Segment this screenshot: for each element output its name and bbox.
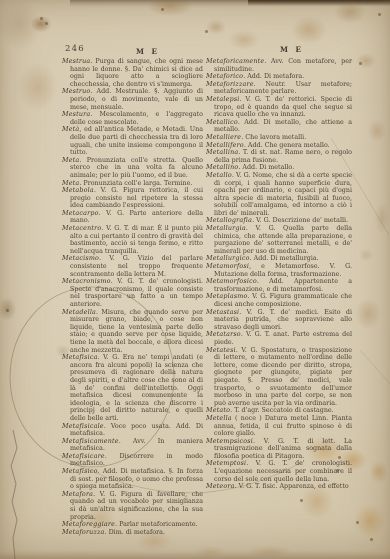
entry-headword: Metallurgia: [206, 225, 246, 232]
entry-headword: Metadella: [62, 309, 96, 316]
running-head-right: M E: [280, 45, 303, 54]
entry-definition: . V. G. T. fisic. Apparenza, ed effetto: [235, 483, 349, 490]
dictionary-entry: Mestura. Mescolamento, e l'aggregato del…: [62, 111, 203, 126]
entry-headword: Metaforico: [206, 73, 243, 80]
entry-headword: Metato: [206, 407, 230, 414]
entry-headword: Metallo: [206, 172, 232, 179]
dictionary-entry: Metaforuzza. Dim. di metafora.: [62, 529, 203, 537]
dictionary-entry: Metabola. V. G. Figura rettorica, il cui…: [62, 187, 203, 210]
entry-headword: Metallina: [206, 149, 238, 156]
entry-definition: . Purga di sangue, che ogni mese hanno l…: [70, 58, 203, 88]
dictionary-entry: Metamorfosico. Add. Appartenente a trasf…: [206, 278, 352, 293]
entry-headword: Metemptosi: [206, 460, 246, 467]
dictionary-entry: Metallurgico. Add. Di metallurgia.: [206, 255, 352, 263]
entry-headword: Meta: [62, 157, 79, 164]
entry-definition: . Add. Di metallurgia.: [250, 255, 319, 262]
dictionary-entry: Metempsicosi. V. G. T. di lett. La trasm…: [206, 438, 352, 461]
entry-headword: Metabola: [62, 187, 94, 194]
entry-headword: Metaplasmo: [206, 293, 248, 300]
entry-definition: . Dim. di metafora.: [105, 529, 165, 536]
running-head-left: M E: [136, 47, 159, 56]
dictionary-entry: Metemptosi. V. G. T. de' cronologisti. L…: [206, 460, 352, 483]
dictionary-entry: Metatesi. V. G. Spostatura, o trasposizi…: [206, 347, 352, 408]
dictionary-entry: Metaforizzare. Neutr. Usar metafore; met…: [206, 81, 352, 96]
entry-definition: . V. G. Descrizione de' metalli.: [252, 217, 348, 224]
entry-headword: Metella: [206, 415, 232, 422]
entry-definition: . Pronunziata coll'e stretta. Quello ste…: [70, 157, 203, 179]
entry-definition: . V. G. Spostatura, o trasposizione di l…: [214, 347, 352, 407]
entry-headword: Metacentro: [62, 225, 101, 232]
dictionary-entry: Meteora. V. G. T. fisic. Apparenza, ed e…: [206, 483, 352, 491]
dictionary-entry: Metafisica. V. G. Era ne' tempi andati (…: [62, 354, 203, 422]
entry-headword: Metallifero: [206, 142, 244, 149]
entry-headword: Mestura: [62, 111, 90, 118]
entry-definition: . V. G. Era ne' tempi andati (e ancora f…: [70, 354, 203, 422]
entry-headword: Metafisicare: [62, 453, 105, 460]
dictionary-entry: Metadella. Misura, che quando serve per …: [62, 309, 203, 355]
entry-headword: Metafora: [62, 491, 93, 498]
dictionary-entry: Metallico. Add. Di metallo, che attiene …: [206, 119, 352, 134]
entry-definition: . V. G. Nome, che si dà a certe specie d…: [214, 172, 352, 217]
entry-headword: Metatesi: [206, 347, 236, 354]
entry-headword: Metallico: [206, 119, 238, 126]
dictionary-entry: Metamorfosi, e Metamorfose. V. G. Mutazi…: [206, 263, 352, 278]
entry-headword: Meta: [62, 180, 79, 187]
dictionary-entry: Metaforicamente. Avv. Con metafore, per …: [206, 58, 352, 73]
entry-headword: Metamorfosi: [206, 263, 249, 270]
entry-headword: Metafisicale: [62, 423, 104, 430]
entry-headword: Metafisica: [62, 354, 98, 361]
dictionary-entry: Metà, ed all'antica Metade, e Metadi. Un…: [62, 126, 203, 156]
text-column-left: Mestrua. Purga di sangue, che ogni mese …: [62, 58, 203, 536]
entry-headword: Meteora: [206, 483, 235, 490]
dictionary-entry: Metafora. V. G. Figura di favellare, che…: [62, 491, 203, 521]
entry-definition: , ed all'antica Metade, e Metadi. Una de…: [70, 126, 203, 156]
dictionary-entry: Mestruo. Add. Mestruale. §. Aggiunto di …: [62, 88, 203, 111]
entry-definition: . Misura, che quando serve per misurare …: [70, 309, 203, 354]
entry-headword: Metallurgico: [206, 255, 250, 262]
dictionary-entry: Mestrua. Purga di sangue, che ogni mese …: [62, 58, 203, 88]
entry-headword: Metaforuzza: [62, 529, 105, 536]
entry-headword: Metallografia: [206, 217, 252, 224]
page-number: 246: [65, 44, 85, 54]
dictionary-entry: Metafisicamente. Avv. In maniera metafis…: [62, 438, 203, 453]
dictionary-entry: Metafisicale. Voce poco usata. Add. Di m…: [62, 423, 203, 438]
entry-headword: Metafisicamente: [62, 438, 119, 445]
entry-definition: . Che lavora metalli.: [241, 134, 306, 141]
entry-headword: Mestruo: [62, 88, 90, 95]
entry-definition: . Pronunziata coll'e larga. Termine.: [79, 180, 192, 187]
entry-definition: . Add. Di metafora.: [243, 73, 304, 80]
dictionary-entry: Metatarso. V. G. T. anat. Parte estrema …: [206, 331, 352, 346]
dictionary-entry: Metaplasmo. V. G. Figura grammaticale ch…: [206, 293, 352, 308]
entry-definition: . Add. Mestruale. §. Aggiunto di periodo…: [70, 88, 203, 110]
dictionary-entry: Metallografia. V. G. Descrizione de' met…: [206, 217, 352, 225]
entry-headword: Metamorfosico: [206, 278, 257, 285]
dictionary-entry: Metallo. V. G. Nome, che si dà a certe s…: [206, 172, 352, 218]
entry-headword: Metacronismo: [62, 278, 111, 285]
entry-headword: Mestrua: [62, 58, 90, 65]
dictionary-entry: Metaforeggiare. Parlar metaforicamente.: [62, 521, 203, 529]
dictionary-entry: Metella ( noce ) Datura metel Linn. Pian…: [206, 415, 352, 438]
entry-headword: Metalliere: [206, 134, 241, 141]
entry-definition: . T. d'agr. Seccatoio di castagne.: [230, 407, 334, 414]
entry-headword: Metaforicamente: [206, 58, 264, 65]
dictionary-entry: Metallina. T. di st. nat. Rame nero, o r…: [206, 149, 352, 164]
dictionary-entry: Metacentro. V. G. T. di mar. È il punto …: [62, 225, 203, 255]
dictionary-entry: Metato. T. d'agr. Seccatoio di castagne.: [206, 407, 352, 415]
entry-definition: . Parlar metaforicamente.: [115, 521, 198, 528]
dictionary-entry: Meta. Pronunziata coll'e stretta. Quello…: [62, 157, 203, 180]
dictionary-entry: Metaforico. Add. Di metafora.: [206, 73, 352, 81]
entry-headword: Metatarso: [206, 331, 241, 338]
book-page-scan: 246 M E M E Mestrua. Purga di sangue, ch…: [0, 0, 390, 559]
entry-headword: Metempsicosi: [206, 438, 253, 445]
entry-headword: Metastasi: [206, 309, 239, 316]
entry-headword: Metà: [62, 126, 79, 133]
entry-headword: Metallino: [206, 164, 238, 171]
dictionary-entry: Metacarpo. V. G. Parte anteriore della m…: [62, 210, 203, 225]
dictionary-entry: Metalepsi. V. G. T. de' rettorici. Speci…: [206, 96, 352, 119]
dictionary-entry: Metalliere. Che lavora metalli.: [206, 134, 352, 142]
printed-text-layer: 246 M E M E Mestrua. Purga di sangue, ch…: [0, 0, 390, 559]
entry-headword: Metaforizzare: [206, 81, 254, 88]
dictionary-entry: Metafisico. Add. Di metafisica. §. In fo…: [62, 468, 203, 491]
dictionary-entry: Metacismo. V. G. Vizio del parlare consi…: [62, 255, 203, 278]
entry-headword: Metafisico: [62, 468, 98, 475]
entry-headword: Metalepsi: [206, 96, 240, 103]
dictionary-entry: Metafisicare. Discorrere in modo metafis…: [62, 453, 203, 468]
dictionary-entry: Metacronismo. V. G. T. de' cronologisti.…: [62, 278, 203, 308]
entry-headword: Metacarpo: [62, 210, 99, 217]
entry-headword: Metaforeggiare: [62, 521, 115, 528]
dictionary-entry: Metallino. Add. Di metallo.: [206, 164, 352, 172]
dictionary-entry: Metallurgia. V. G. Quella parte della ch…: [206, 225, 352, 255]
entry-definition: . Mescolamento, e l'aggregato delle cose…: [70, 111, 203, 126]
dictionary-entry: Metastasi. V. G. T. de' medici. Esito di…: [206, 309, 352, 332]
entry-headword: Metacismo: [62, 255, 99, 262]
entry-definition: ( noce ) Datura metel Linn. Pianta annua…: [214, 415, 352, 437]
dictionary-entry: Metallifero. Add. Che genera metallo.: [206, 142, 352, 150]
entry-definition: . Add. Di metallo.: [238, 164, 294, 171]
entry-definition: . Add. Che genera metallo.: [244, 142, 330, 149]
dictionary-entry: Meta. Pronunziata coll'e larga. Termine.: [62, 180, 203, 188]
text-column-right: Metaforicamente. Avv. Con metafore, per …: [206, 58, 352, 491]
